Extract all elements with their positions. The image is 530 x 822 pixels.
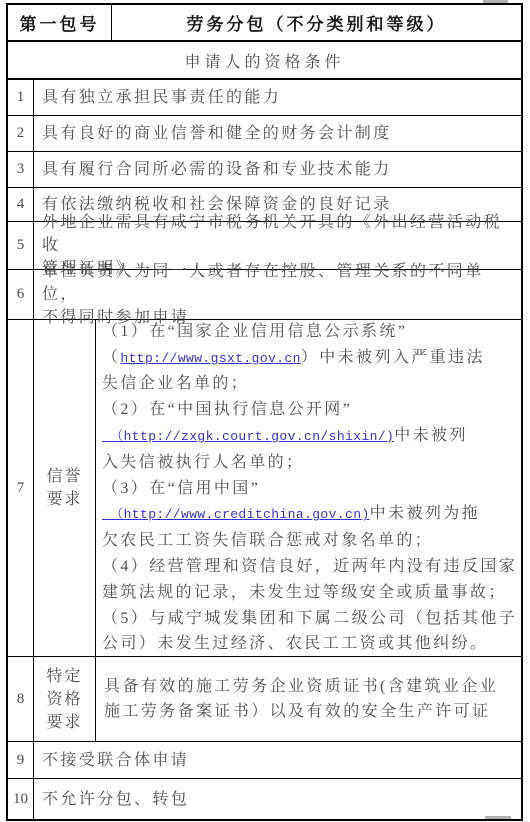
requirement-text: 单位负责人为同一人或者存在控股、管理关系的不同单位， xyxy=(42,260,519,306)
table-row-8-specific: 8 特定 资格 要求 具备有效的施工劳务企业资质证书(含建筑业企业 施工劳务备案… xyxy=(8,657,521,742)
label-line: 资格 xyxy=(46,688,82,711)
requirement-text: 具有良好的商业信誉和健全的财务会计制度 xyxy=(42,122,392,145)
requirement-text: 不接受联合体申请 xyxy=(42,749,189,772)
requirement-text: 具有独立承担民事责任的能力 xyxy=(42,86,281,109)
requirement-text: 具有履行合同所必需的设备和专业技术能力 xyxy=(42,158,392,181)
credit-item-5-cont: 公司）未发生过经济、农民工工资或其他纠纷。 xyxy=(102,631,488,657)
row-text-cell: 具有独立承担民事责任的能力 xyxy=(34,80,521,115)
requirement-text: 不允许分包、转包 xyxy=(42,788,189,811)
specific-qualification-content: 具备有效的施工劳务企业资质证书(含建筑业企业 施工劳务备案证书）以及有效的安全生… xyxy=(96,657,521,741)
package-header-row: 第一包号 劳务分包（不分类别和等级） xyxy=(8,5,521,42)
paren: （ xyxy=(102,349,120,366)
row-number: 7 xyxy=(8,320,34,656)
row-text-cell: 具有良好的商业信誉和健全的财务会计制度 xyxy=(34,116,521,151)
text-after-link: 中未被列为拖 xyxy=(370,505,480,522)
row-number: 9 xyxy=(8,742,34,778)
row-number: 1 xyxy=(8,80,34,115)
table-row-2: 2 具有良好的商业信誉和健全的财务会计制度 xyxy=(8,116,521,152)
package-name-label: 劳务分包（不分类别和等级） xyxy=(187,10,447,35)
table-row-3: 3 具有履行合同所必需的设备和专业技术能力 xyxy=(8,152,521,188)
row-number: 4 xyxy=(8,188,34,221)
table-row-6: 6 单位负责人为同一人或者存在控股、管理关系的不同单位， 不得同时参加申请 xyxy=(8,270,521,320)
credit-requirement-content: （1）在“国家企业信用信息公示系统” （http://www.gsxt.gov.… xyxy=(96,320,521,656)
credit-item-4-cont: 建筑法规的记录，未发生过等级安全或质量事故； xyxy=(102,580,507,606)
label-line: 信誉 xyxy=(46,465,82,488)
package-name-cell: 劳务分包（不分类别和等级） xyxy=(112,5,521,40)
credit-item-5: （5）与咸宁城发集团和下属二级公司（包括其他子 xyxy=(102,606,517,632)
package-number-label: 第一包号 xyxy=(20,10,100,35)
credit-item-2: （2）在“中国执行信息公开网” xyxy=(102,397,352,423)
row-text-cell: 具有履行合同所必需的设备和专业技术能力 xyxy=(34,152,521,187)
label-line: 要求 xyxy=(46,711,82,734)
row-number: 2 xyxy=(8,116,34,151)
credit-item-3-cont: 欠农民工工资失信联合惩戒对象名单的； xyxy=(102,528,433,554)
text-after-link: 中未被列 xyxy=(394,427,468,444)
creditchina-link[interactable]: （http://www.creditchina.gov.cn) xyxy=(102,507,370,522)
row-text-cell: 不允许分包、转包 xyxy=(34,779,521,819)
label-line: 要求 xyxy=(46,488,82,511)
table-row-1: 1 具有独立承担民事责任的能力 xyxy=(8,80,521,116)
specific-qualification-label: 特定 资格 要求 xyxy=(34,657,96,741)
requirement-text: 具备有效的施工劳务企业资质证书(含建筑业企业 xyxy=(104,674,498,699)
credit-requirement-label: 信誉 要求 xyxy=(34,320,96,656)
section-title: 申请人的资格条件 xyxy=(184,49,344,72)
credit-item-3: （3）在“信用中国” xyxy=(102,476,260,502)
table-row-9: 9 不接受联合体申请 xyxy=(8,742,521,779)
section-title-cell: 申请人的资格条件 xyxy=(8,42,521,78)
credit-item-2-cont: 入失信被执行人名单的； xyxy=(102,450,304,476)
credit-item-3-link-line: （http://www.creditchina.gov.cn)中未被列为拖 xyxy=(102,501,480,528)
row-number: 6 xyxy=(8,270,34,319)
row-text-cell: 不接受联合体申请 xyxy=(34,742,521,778)
qualification-table: 第一包号 劳务分包（不分类别和等级） 申请人的资格条件 1 具有独立承担民事责任… xyxy=(6,3,523,821)
requirement-text: 外地企业需具有咸宁市税务机关开具的《外出经营活动税收 xyxy=(42,211,519,257)
document-page: 第一包号 劳务分包（不分类别和等级） 申请人的资格条件 1 具有独立承担民事责任… xyxy=(0,0,530,822)
credit-item-1: （1）在“国家企业信用信息公示系统” xyxy=(102,319,407,345)
table-row-10: 10 不允许分包、转包 xyxy=(8,779,521,819)
row-text-cell: 单位负责人为同一人或者存在控股、管理关系的不同单位， 不得同时参加申请 xyxy=(34,270,521,319)
row-number: 10 xyxy=(8,779,34,819)
credit-item-1-cont: 失信企业名单的； xyxy=(102,371,249,397)
credit-item-1-link-line: （http://www.gsxt.gov.cn）中未被列入严重违法 xyxy=(102,345,485,372)
row-number: 5 xyxy=(8,222,34,269)
table-row-7-credit: 7 信誉 要求 （1）在“国家企业信用信息公示系统” （http://www.g… xyxy=(8,320,521,657)
text-after-link: ）中未被列入严重违法 xyxy=(301,349,485,366)
section-title-row: 申请人的资格条件 xyxy=(8,42,521,80)
zxgk-court-link[interactable]: （http://zxgk.court.gov.cn/shixin/) xyxy=(102,429,394,444)
label-line: 特定 xyxy=(46,665,82,688)
package-number-cell: 第一包号 xyxy=(8,5,112,40)
row-number: 3 xyxy=(8,152,34,187)
requirement-text: 施工劳务备案证书）以及有效的安全生产许可证 xyxy=(104,699,490,724)
gsxt-link[interactable]: http://www.gsxt.gov.cn xyxy=(120,351,300,366)
credit-item-2-link-line: （http://zxgk.court.gov.cn/shixin/)中未被列 xyxy=(102,423,468,450)
credit-item-4: （4）经营管理和资信良好，近两年内没有违反国家 xyxy=(102,554,517,580)
row-number: 8 xyxy=(8,657,34,741)
